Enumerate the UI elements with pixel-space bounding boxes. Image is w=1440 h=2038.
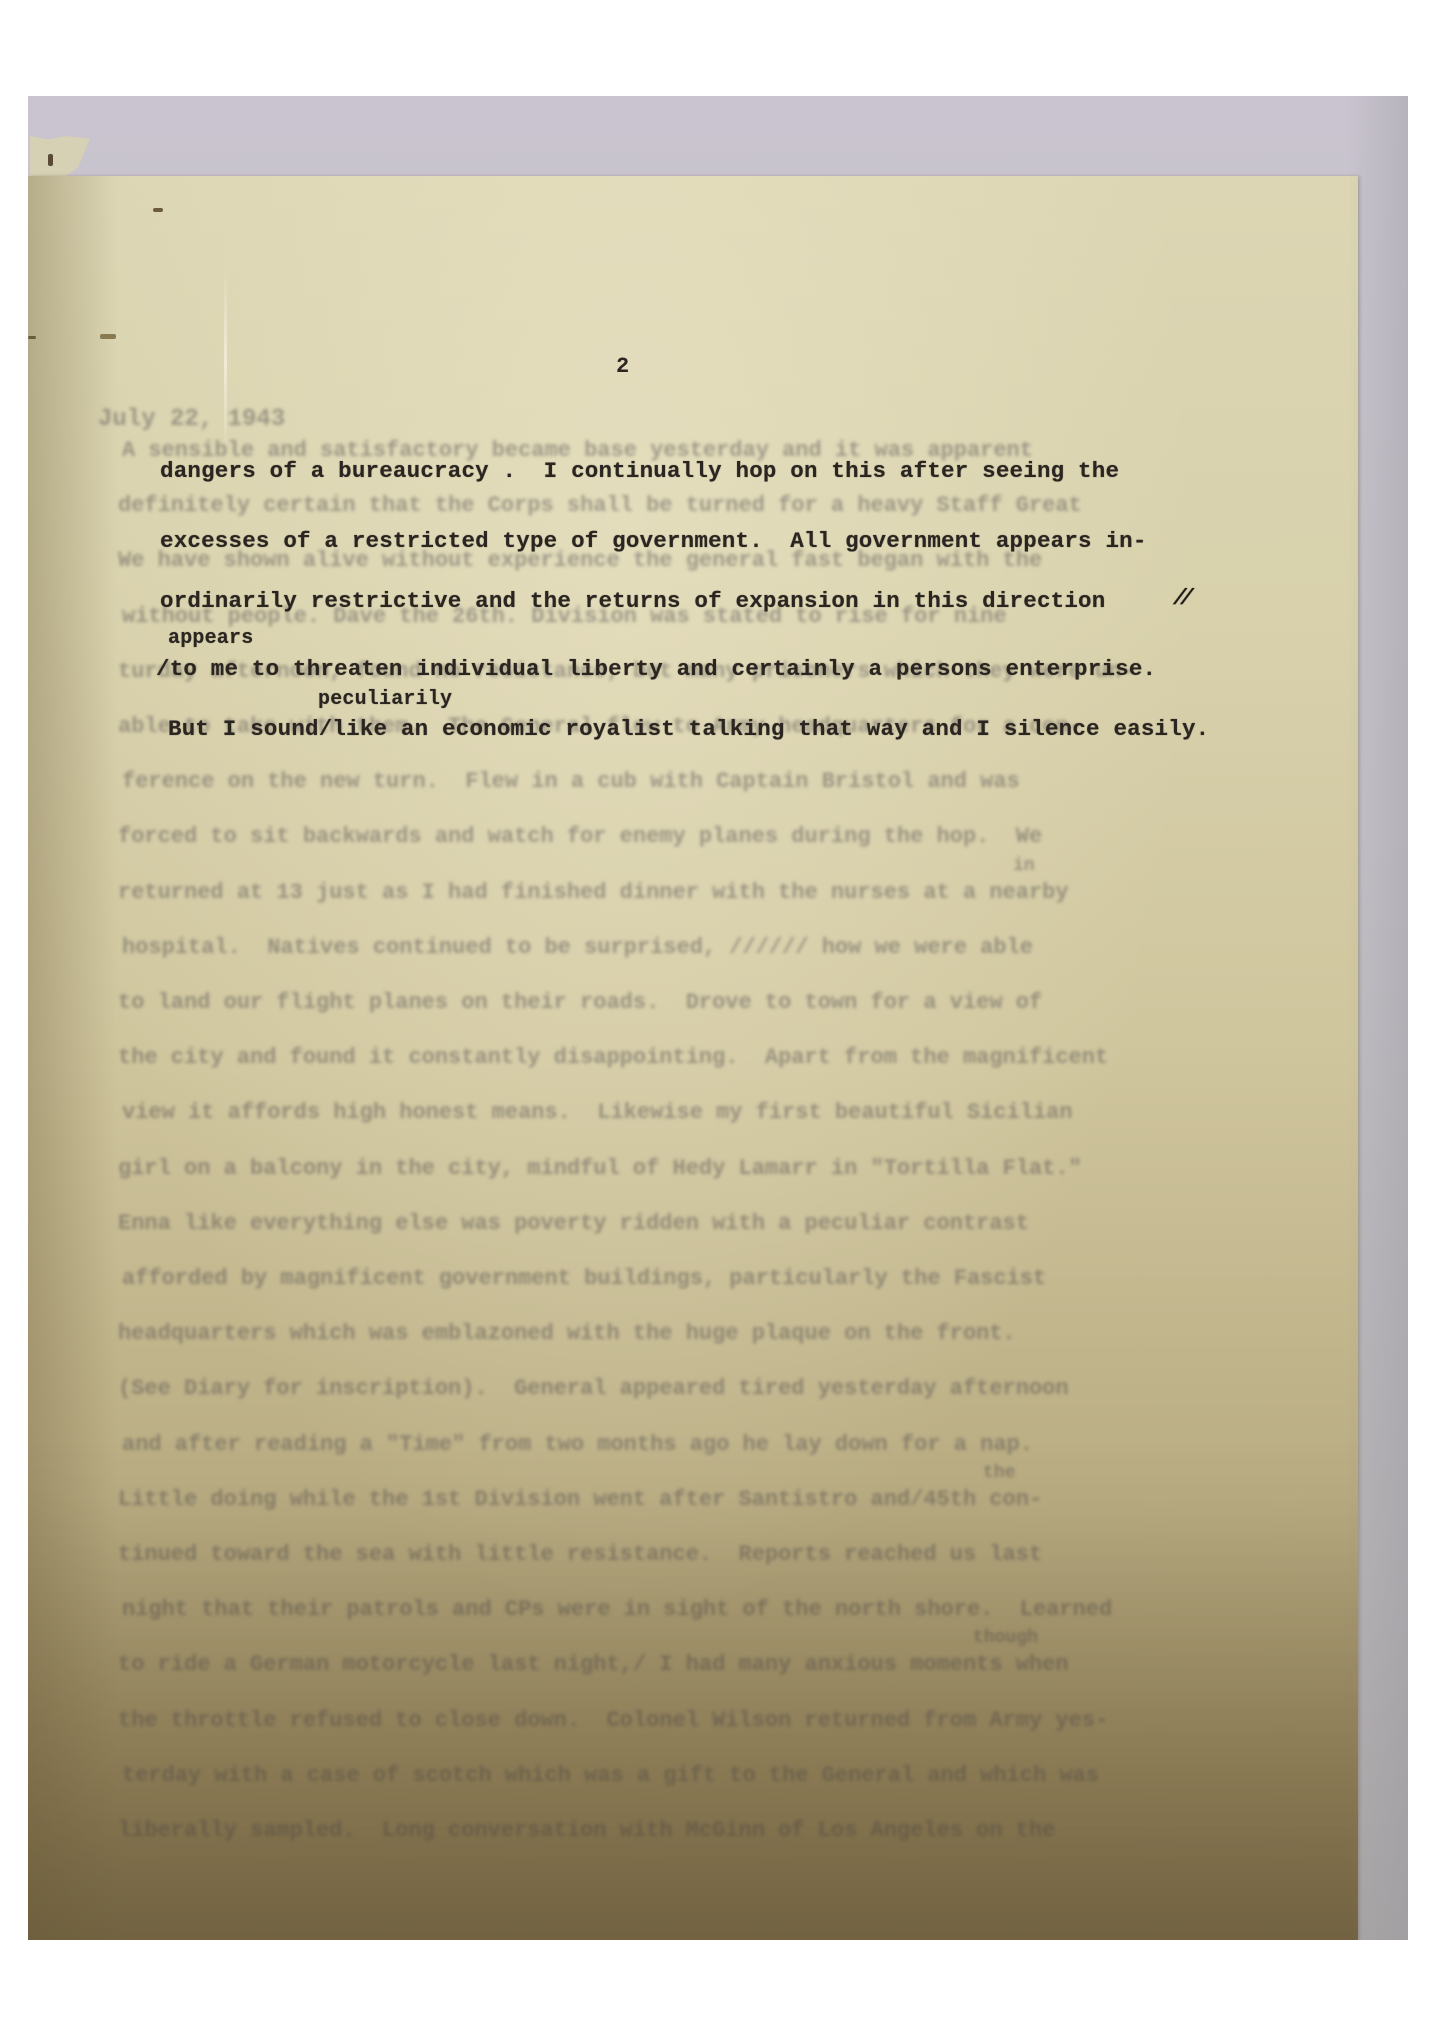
typed-line-3: ordinarily restrictive and the returns o… (160, 588, 1105, 614)
typed-paragraph: dangers of a bureaucracy . I continually… (28, 176, 1358, 436)
bleed-through-interlinear: though (973, 1628, 1038, 1648)
bleed-through-line: returned at 13 just as I had finished di… (118, 880, 1069, 905)
bleed-through-line: view it affords high honest means. Likew… (122, 1100, 1073, 1125)
bleed-through-line: liberally sampled. Long conversation wit… (118, 1818, 1055, 1843)
struck-out-characters: // (1170, 586, 1190, 611)
typed-line-4: /to me to threaten individual liberty an… (156, 656, 1156, 682)
bleed-through-line: ference on the new turn. Flew in a cub w… (122, 769, 1020, 794)
bleed-through-line: headquarters which was emblazoned with t… (118, 1321, 1016, 1346)
bleed-through-line: Little doing while the 1st Division went… (118, 1487, 1042, 1512)
bleed-through-line: (See Diary for inscription). General app… (118, 1376, 1069, 1401)
bleed-through-line: tinued toward the sea with little resist… (118, 1542, 1042, 1567)
bleed-through-interlinear: the (983, 1463, 1015, 1483)
typed-line-5: But I sound/like an economic royalist ta… (168, 716, 1209, 742)
bleed-through-line: to land our flight planes on their roads… (118, 990, 1042, 1015)
photo-shadow (28, 1440, 1358, 1940)
bleed-through-line: terday with a case of scotch which was a… (122, 1763, 1099, 1788)
bleed-through-line: forced to sit backwards and watch for en… (118, 824, 1042, 849)
typed-line-2: excesses of a restricted type of governm… (160, 528, 1147, 554)
document-photograph: July 22, 1943 A sensible and satisfactor… (28, 96, 1408, 1940)
bleed-through-line: to ride a German motorcycle last night,/… (118, 1652, 1069, 1677)
interlinear-insertion-peculiarily: peculiarily (318, 688, 452, 711)
bleed-through-line: the throttle refused to close down. Colo… (118, 1708, 1108, 1733)
bleed-through-line: night that their patrols and CPs were in… (122, 1597, 1112, 1622)
bleed-through-line: and after reading a "Time" from two mont… (122, 1432, 1033, 1457)
bleed-through-line: girl on a balcony in the city, mindful o… (118, 1156, 1082, 1181)
interlinear-insertion-appears: appears (168, 627, 253, 650)
bleed-through-line: definitely certain that the Corps shall … (118, 493, 1082, 518)
bleed-through-line: Enna like everything else was poverty ri… (118, 1211, 1029, 1236)
bleed-through-interlinear: in (1013, 856, 1035, 876)
typed-line-1: dangers of a bureaucracy . I continually… (160, 458, 1119, 484)
bleed-through-line: hospital. Natives continued to be surpri… (122, 935, 1033, 960)
bleed-through-line: the city and found it constantly disappo… (118, 1045, 1108, 1070)
bleed-through-line: afforded by magnificent government build… (122, 1266, 1046, 1291)
typed-page: July 22, 1943 A sensible and satisfactor… (28, 176, 1358, 1940)
